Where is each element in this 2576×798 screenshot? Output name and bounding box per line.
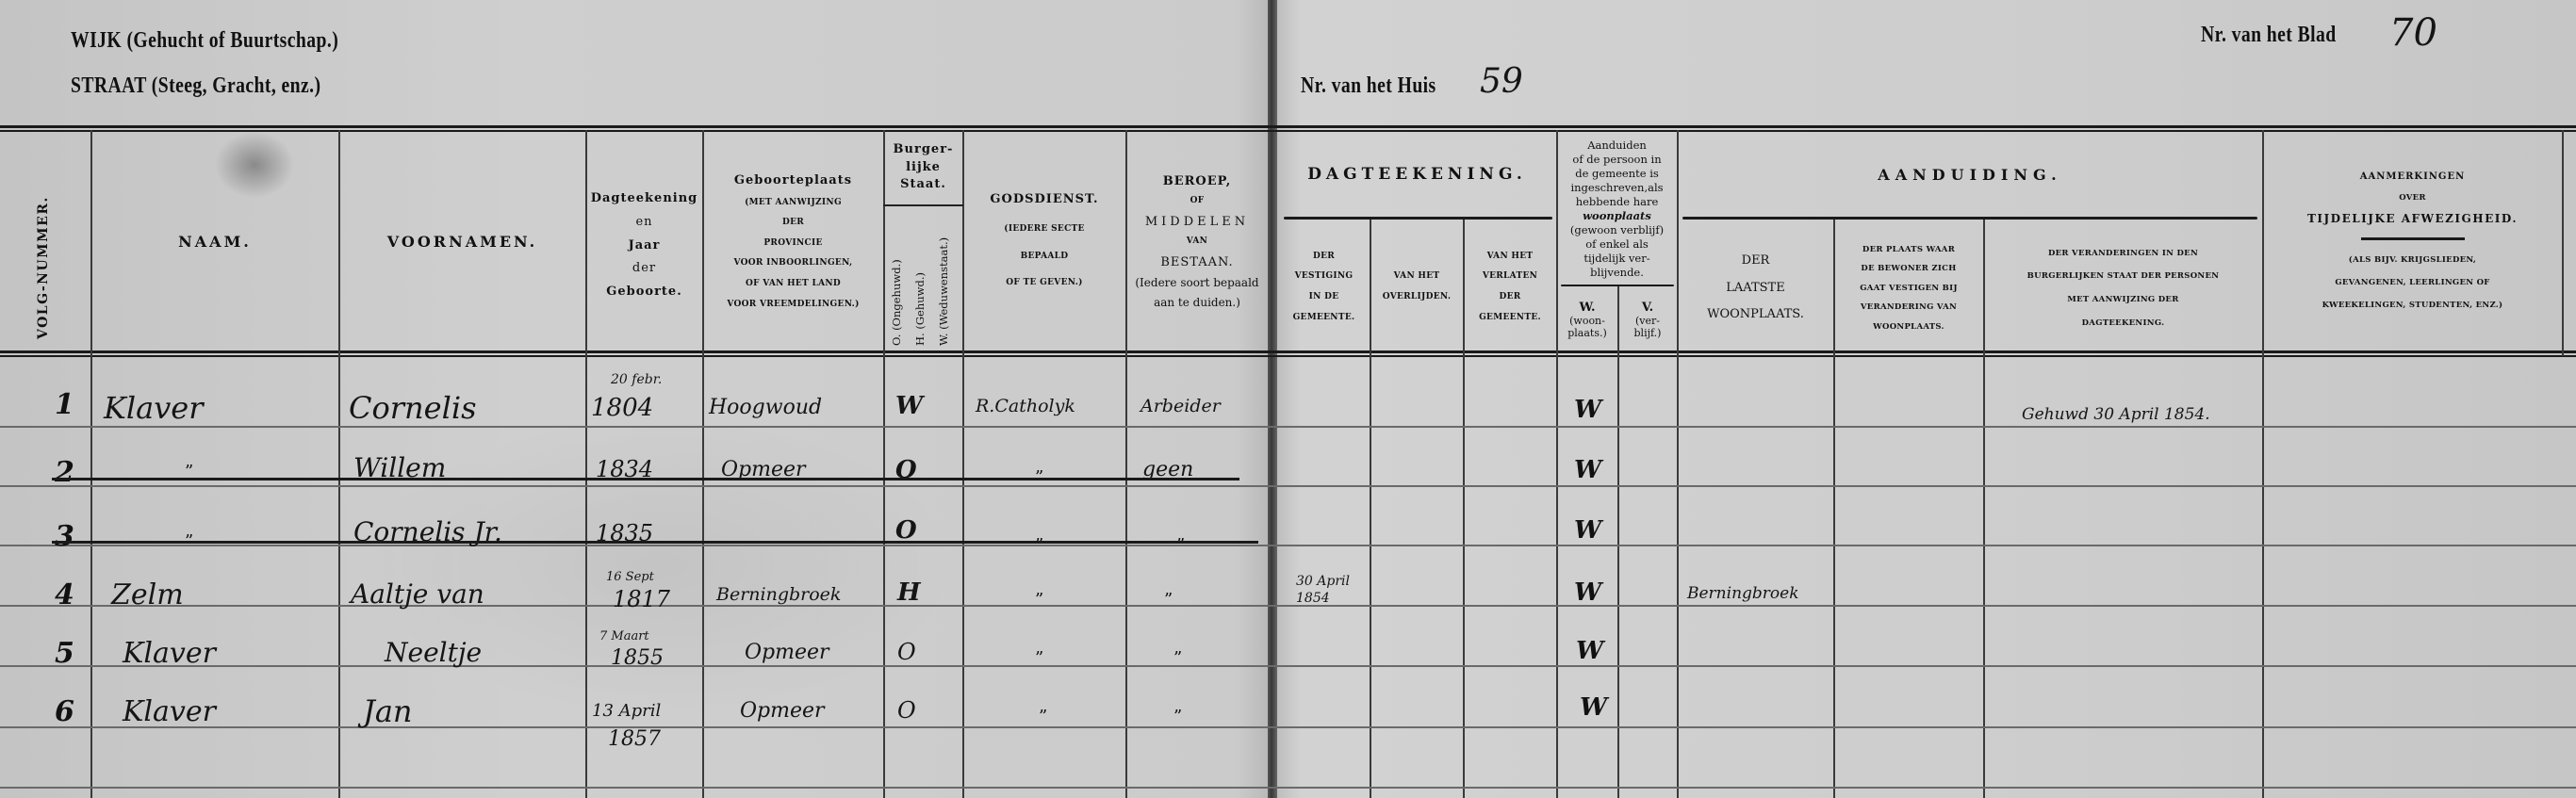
col-divider: [883, 130, 885, 798]
header-line: (IEDERE SECTE: [1004, 216, 1084, 243]
header-line: TIJDELIJKE AFWEZIGHEID.: [2307, 207, 2518, 230]
header-voornamen: VOORNAMEN.: [339, 132, 585, 350]
row-1-veranderingen: Gehuwd 30 April 1854.: [2022, 403, 2239, 428]
header-line: AANMERKINGEN: [2360, 166, 2465, 188]
header-geboorteplaats: Geboorteplaats (MET AANWIJZING DER PROVI…: [703, 134, 883, 350]
row-5-naam: Klaver: [123, 637, 216, 670]
header-dagteekening: DAGTEEKENING.: [1278, 141, 1556, 207]
header-line: of de persoon in: [1572, 153, 1661, 167]
row-3-strikethrough: [52, 541, 1258, 544]
row-1-geboorte-jaar: 1804: [591, 394, 653, 422]
header-verlaten: VAN HET VERLATEN DER GEMEENTE.: [1464, 226, 1556, 349]
header-line: hebbende hare: [1576, 195, 1659, 209]
row-5-godsdienst: ”: [1035, 648, 1043, 668]
header-line: ingeschreven,als: [1570, 181, 1663, 195]
header-line: (MET AANWIJZING: [745, 193, 842, 214]
header-line: Geboorte.: [606, 281, 681, 304]
header-aanduiden: Aanduiden of de persoon in de gemeente i…: [1557, 134, 1677, 285]
header-line: MIDDELEN: [1145, 211, 1249, 233]
header-staat-weduwenstaat: W. (Weduwenstaat.): [937, 209, 950, 346]
header-line: (Iedere soort bepaald: [1135, 273, 1258, 292]
header-line: V.: [1642, 301, 1653, 315]
header-line: OF: [1190, 192, 1205, 211]
header-voornamen-text: VOORNAMEN.: [387, 233, 537, 251]
header-line: WOONPLAATS.: [1707, 301, 1804, 329]
header-line: IN DE: [1309, 287, 1339, 308]
header-line: VAN: [1187, 233, 1207, 252]
row-6-geboorte-jaar: 1857: [608, 727, 661, 751]
header-line: der: [632, 257, 656, 281]
row-1-geboorte-dag: 20 febr.: [611, 372, 662, 387]
row-5-voornamen: Neeltje: [385, 637, 482, 668]
huis-number-value: 59: [1480, 62, 1523, 101]
header-line: (ver-: [1635, 315, 1660, 327]
header-line: BESTAAN.: [1160, 252, 1233, 273]
row-4-wv: W: [1574, 578, 1601, 607]
header-top-rule: [0, 125, 2576, 132]
header-veranderingen: DER VERANDERINGEN IN DEN BURGERLIJKEN ST…: [1984, 226, 2262, 350]
row-3-beroep: ”: [1176, 535, 1185, 555]
header-overlijden: VAN HET OVERLIJDEN.: [1370, 226, 1463, 349]
header-line: Jaar: [629, 235, 661, 258]
row-rule: [0, 485, 2576, 487]
row-4-naam: Zelm: [111, 578, 184, 611]
row-1-naam: Klaver: [104, 390, 204, 426]
header-line: GEMEENTE.: [1293, 308, 1355, 329]
header-line: OVER: [2399, 188, 2426, 207]
header-line: BEROEP,: [1163, 171, 1232, 192]
blad-number-label: Nr. van het Blad: [2201, 23, 2337, 48]
row-4-beroep: ”: [1164, 590, 1173, 610]
row-6-naam: Klaver: [123, 695, 216, 728]
staat-sub-rule: [883, 204, 963, 206]
header-line: DE BEWONER ZICH: [1861, 259, 1956, 278]
row-1-nr: 1: [55, 388, 74, 421]
header-vestiging: DER VESTIGING IN DE GEMEENTE.: [1278, 226, 1370, 349]
row-6-geboorteplaats: Opmeer: [740, 699, 825, 723]
row-1-godsdienst: R.Catholyk: [976, 396, 1075, 416]
header-staat-ongehuwd: O. (Ongehuwd.): [890, 209, 903, 346]
header-line: tijdelijk ver-: [1583, 252, 1649, 266]
blad-number-value: 70: [2389, 11, 2437, 55]
header-line: GAAT VESTIGEN BIJ: [1860, 279, 1958, 298]
header-line: Geboorteplaats: [734, 170, 852, 193]
header-line: OF VAN HET LAND: [746, 274, 841, 295]
row-3-godsdienst: ”: [1035, 535, 1043, 555]
header-w-woonplaats: W. (woon- plaats.): [1557, 288, 1617, 350]
header-line: OVERLIJDEN.: [1383, 287, 1452, 308]
header-beroep: BEROEP, OF MIDDELEN VAN BESTAAN. (Iedere…: [1126, 134, 1268, 349]
header-line: PROVINCIE: [763, 234, 822, 254]
register-page: WIJK (Gehucht of Buurtschap.) STRAAT (St…: [0, 0, 2576, 798]
header-staat-gehuwd: H. (Gehuwd.): [913, 209, 927, 346]
header-line: VERLATEN: [1483, 267, 1537, 287]
header-line: MET AANWIJZING DER: [2067, 288, 2178, 312]
header-godsdienst: GODSDIENST. (IEDERE SECTE BEPAALD OF TE …: [963, 141, 1125, 339]
header-line: Burger-: [894, 141, 954, 159]
header-line: OF TE GEVEN.): [1006, 269, 1082, 297]
row-6-nr: 6: [55, 695, 74, 728]
header-v-verblijf: V. (ver- blijf.): [1618, 288, 1677, 350]
row-4-laatste-woonplaats: Berningbroek: [1687, 584, 1799, 603]
row-3-wv: W: [1574, 516, 1601, 545]
wijk-label: WIJK (Gehucht of Buurtschap.): [71, 28, 338, 54]
header-line: de gemeente is: [1575, 167, 1659, 181]
header-line: BURGERLIJKEN STAAT DER PERSONEN: [2027, 265, 2220, 288]
header-line: VAN HET: [1487, 247, 1534, 268]
header-line: DER: [782, 213, 804, 234]
row-6-godsdienst: ”: [1039, 707, 1047, 726]
header-line: GODSDIENST.: [990, 184, 1098, 216]
header-line: AANDUIDING.: [1878, 166, 2061, 184]
row-4-nr: 4: [55, 578, 74, 611]
header-line: DER: [1742, 248, 1770, 275]
header-line: DER VERANDERINGEN IN DEN: [2048, 242, 2198, 266]
row-5-beroep: ”: [1173, 648, 1182, 668]
header-line: aan te duiden.): [1154, 293, 1240, 312]
header-line: WOONPLAATS.: [1873, 318, 1944, 336]
header-line: VOOR INBOORLINGEN,: [734, 253, 853, 274]
header-plaats-waar: DER PLAATS WAAR DE BEWONER ZICH GAAT VES…: [1834, 226, 1983, 350]
header-line: VERANDERING VAN: [1861, 298, 1957, 317]
row-6-voornamen: Jan: [363, 693, 413, 729]
header-line: Dagteekening: [591, 187, 698, 211]
huis-number-label: Nr. van het Huis: [1301, 73, 1436, 99]
aanduiding-brace: [1682, 217, 2257, 220]
header-line: (ALS BIJV. KRIJGSLIEDEN,: [2349, 250, 2476, 272]
row-2-wv: W: [1574, 456, 1601, 484]
straat-label: STRAAT (Steeg, Gracht, enz.): [71, 73, 320, 99]
row-5-geboorteplaats: Opmeer: [745, 641, 829, 664]
header-line: DER PLAATS WAAR: [1862, 240, 1955, 259]
aanduiden-brace: [1561, 285, 1674, 286]
header-line: GEMEENTE.: [1479, 308, 1541, 329]
header-line: Staat.: [900, 176, 946, 194]
header-line: LAATSTE: [1726, 275, 1784, 302]
row-1-beroep: Arbeider: [1140, 396, 1221, 416]
header-line: plaats.): [1567, 327, 1607, 339]
header-line: DER: [1313, 247, 1335, 268]
header-line: blijvende.: [1590, 266, 1644, 280]
row-5-wv: W: [1576, 637, 1603, 665]
row-4-godsdienst: ”: [1035, 590, 1043, 610]
row-5-geboorte-dag: 7 Maart: [599, 629, 649, 643]
row-4-geboorte-jaar: 1817: [613, 586, 670, 612]
header-line: blijf.): [1634, 327, 1662, 339]
header-burgerlijke-staat: Burger- lijke Staat.: [884, 132, 962, 204]
header-line: VOOR VREEMDELINGEN.): [727, 295, 859, 316]
header-line: W.: [1579, 301, 1595, 315]
header-line: lijke: [906, 159, 941, 177]
row-6-geboorte-dag: 13 April: [592, 701, 661, 721]
dagteekening-brace: [1284, 217, 1552, 220]
row-4-staat: H: [897, 578, 921, 607]
header-line: BEPAALD: [1021, 243, 1069, 270]
col-divider: [2562, 130, 2564, 356]
header-line: of enkel als: [1585, 237, 1649, 252]
header-volgnummer: VOLG-NUMMER.: [36, 170, 51, 339]
header-naam: NAAM.: [91, 132, 338, 350]
row-4-geboorte-dag: 16 Sept: [606, 570, 654, 584]
row-4-geboorteplaats: Berningbroek: [716, 584, 841, 605]
row-4-vestiging: 30 April 1854: [1296, 573, 1367, 607]
header-line: Aanduiden: [1587, 138, 1647, 153]
header-line: en: [635, 211, 652, 235]
header-line: woonplaats: [1583, 209, 1651, 223]
row-5-staat: O: [897, 639, 916, 665]
row-6-staat: O: [897, 697, 916, 724]
row-3-nr: 3: [55, 520, 74, 553]
header-line: VESTIGING: [1295, 267, 1354, 287]
row-5-geboorte-jaar: 1855: [611, 646, 664, 670]
header-naam-text: NAAM.: [178, 233, 252, 251]
row-6-wv: W: [1580, 693, 1607, 722]
book-gutter: [1268, 0, 1277, 798]
header-laatste-woonplaats: DER LAATSTE WOONPLAATS.: [1678, 226, 1833, 350]
header-aanduiding: AANDUIDING.: [1678, 141, 2262, 207]
header-line: (gewoon verblijf): [1570, 223, 1664, 237]
header-bottom-rule: [0, 350, 2576, 357]
row-2-nr: 2: [55, 456, 74, 489]
row-1-wv: W: [1574, 396, 1601, 424]
row-rule: [0, 787, 2576, 789]
row-1-voornamen: Cornelis: [349, 390, 476, 426]
aanmerkingen-rule: [2361, 237, 2465, 240]
col-divider: [1617, 285, 1619, 798]
row-1-geboorteplaats: Hoogwoud: [709, 396, 822, 419]
header-geboorte: Dagteekening en Jaar der Geboorte.: [586, 141, 702, 350]
header-line: DAGTEEKENING.: [1307, 165, 1527, 184]
row-2-strikethrough: [52, 478, 1239, 480]
header-line: VAN HET: [1394, 267, 1440, 287]
header-line: KWEEKELINGEN, STUDENTEN, ENZ.): [2322, 295, 2503, 318]
row-5-nr: 5: [55, 637, 74, 670]
header-line: (woon-: [1569, 315, 1605, 327]
header-line: GEVANGENEN, LEERLINGEN OF: [2335, 272, 2489, 295]
header-aanmerkingen: AANMERKINGEN OVER TIJDELIJKE AFWEZIGHEID…: [2263, 134, 2562, 349]
header-line: DER: [1499, 287, 1520, 308]
row-4-voornamen: Aaltje van: [351, 578, 484, 610]
row-6-beroep: ”: [1173, 707, 1182, 726]
row-1-staat: W: [895, 392, 923, 420]
header-line: DAGTEEKENING.: [2082, 312, 2165, 335]
